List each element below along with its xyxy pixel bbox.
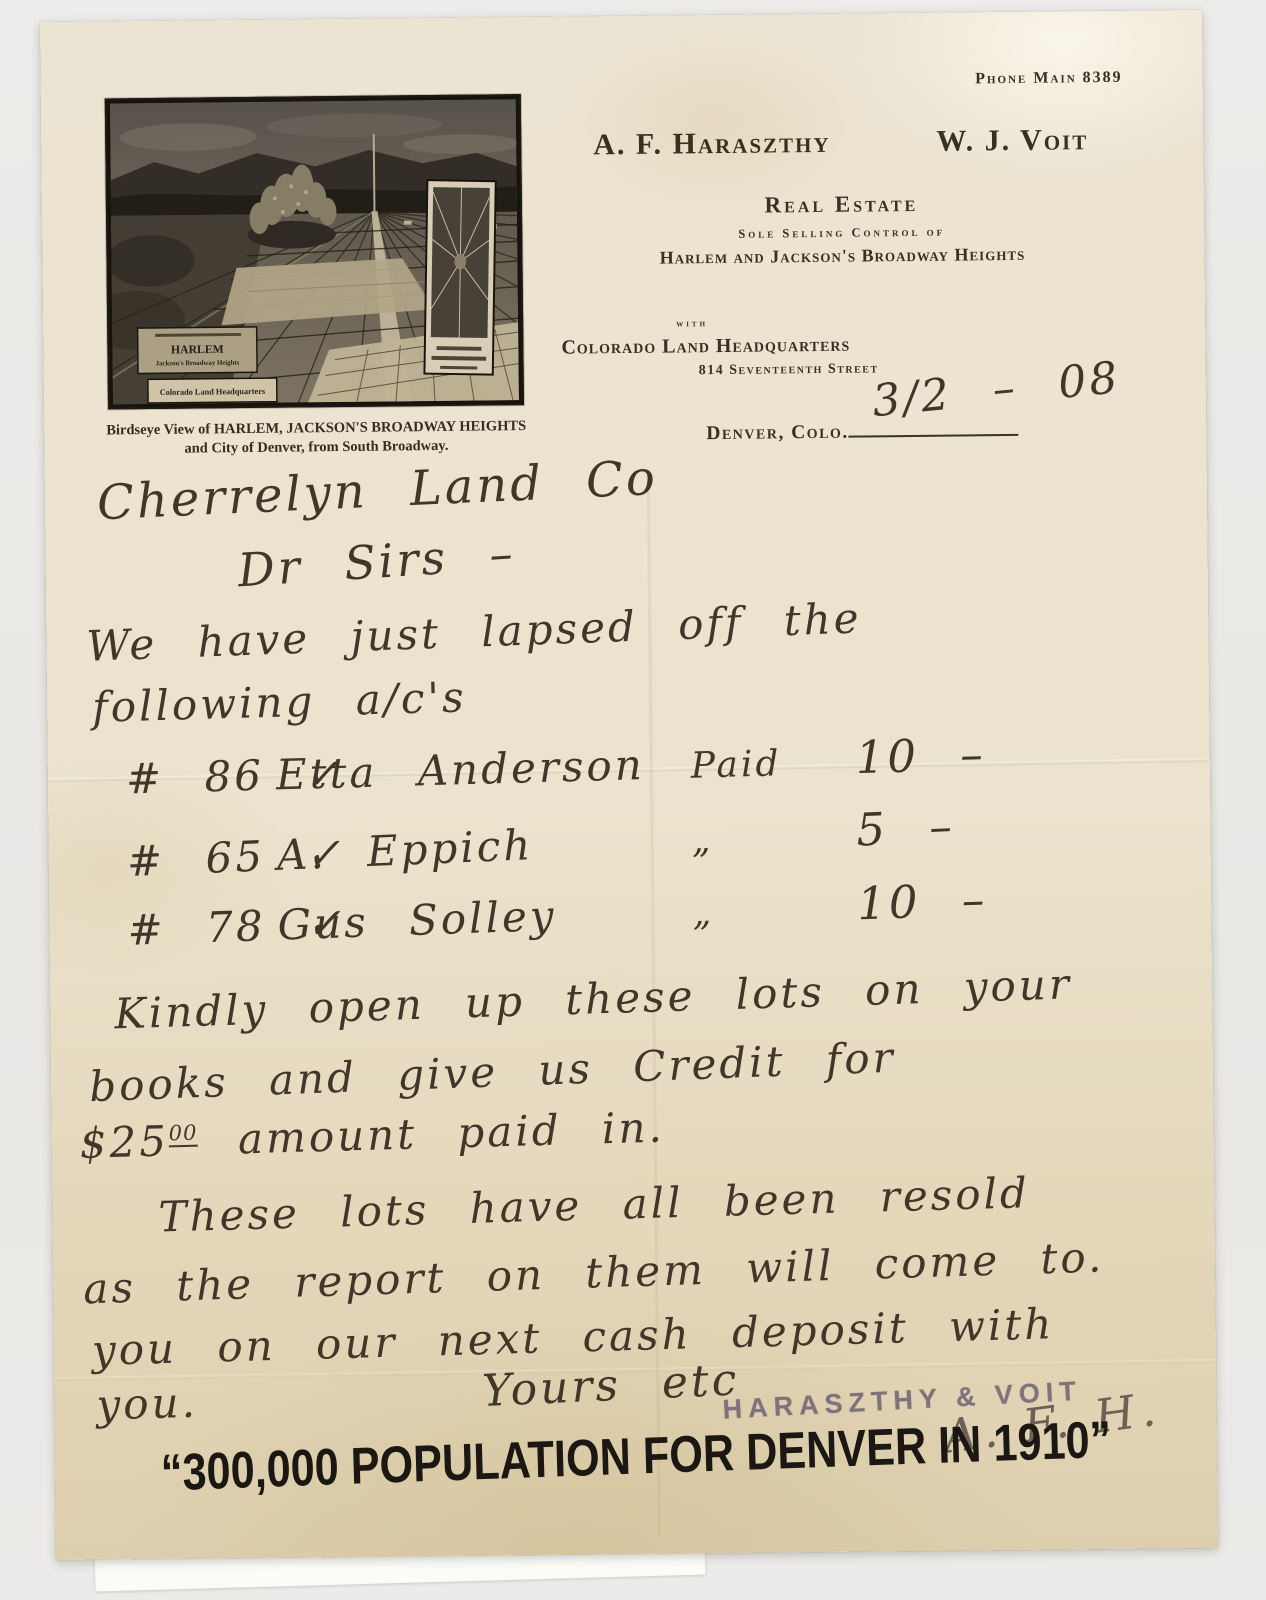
handwritten-date: 3/2 – 08 xyxy=(870,356,1122,424)
inset-map-panel xyxy=(424,180,495,374)
body-line: Kindly open up these lots on your xyxy=(114,963,1073,1035)
body-line: $2500 amount paid in. xyxy=(79,1107,665,1165)
account-row: # 78 ✓ Gus Solley „ 10 – xyxy=(127,874,1078,952)
body-line: you. xyxy=(96,1382,199,1427)
headquarters-line: Colorado Land Headquarters xyxy=(561,334,850,360)
date-rule xyxy=(849,434,1019,438)
letter-paper: HARLEM Jackson's Broadway Heights Colora… xyxy=(40,10,1218,1560)
body-line: following a/c's xyxy=(92,676,467,728)
account-number: # 78 ✓ xyxy=(127,905,278,952)
account-name: A. Eppich xyxy=(276,818,692,877)
footer-slogan: “300,000 POPULATION FOR DENVER IN 1910” xyxy=(101,1406,1171,1504)
body-line: books and give us Credit for xyxy=(89,1037,897,1109)
credit-amount-cents: 00 xyxy=(168,1121,197,1148)
account-amount: 5 – xyxy=(855,804,955,853)
street-line: 814 Seventeenth Street xyxy=(699,361,879,379)
phone-line: Phone Main 8389 xyxy=(731,69,1123,91)
photo-caption: Birdseye View of HARLEM, JACKSON'S BROAD… xyxy=(98,417,534,460)
billboard-sign-upper: HARLEM Jackson's Broadway Heights xyxy=(138,327,258,374)
birdseye-photo-illustration: HARLEM Jackson's Broadway Heights Colora… xyxy=(110,99,519,404)
birdseye-photo: HARLEM Jackson's Broadway Heights Colora… xyxy=(105,94,524,409)
selling-control-line: Sole Selling Control of xyxy=(594,223,1089,243)
business-line: Real Estate xyxy=(594,189,1089,220)
account-row: # 86 ✓ Etta Anderson Paid 10 – xyxy=(125,729,1076,801)
account-paid: Paid xyxy=(690,744,856,785)
salutation-line: Dr Sirs – xyxy=(236,530,516,593)
account-name: Etta Anderson xyxy=(275,743,691,797)
city-date-line: Denver, Colo. xyxy=(706,420,1019,445)
scanned-letter-page: { "letterhead": { "phone": "Phone Main 8… xyxy=(0,0,1266,1600)
partner-name-left: A. F. Haraszthy xyxy=(593,126,831,162)
partner-name-right: W. J. Voit xyxy=(936,123,1088,159)
partner-names-row: A. F. Haraszthy W. J. Voit xyxy=(593,123,1088,162)
account-name: Gus Solley xyxy=(277,890,693,946)
credit-amount-rest: amount paid in. xyxy=(237,1103,665,1164)
account-amount: 10 – xyxy=(855,732,986,781)
with-word: with xyxy=(676,318,708,329)
city-label: Denver, Colo. xyxy=(706,422,849,444)
credit-amount-dollars: $25 xyxy=(79,1116,170,1167)
account-number: # 86 ✓ xyxy=(125,754,276,800)
billboard-lower-text: Colorado Land Headquarters xyxy=(160,387,266,397)
body-line: We have just lapsed off the xyxy=(86,597,862,667)
account-paid: „ xyxy=(692,890,858,932)
account-number: # 65 ✓ xyxy=(126,835,278,883)
account-paid: „ xyxy=(691,817,857,860)
closing-line: Yours etc xyxy=(481,1358,740,1414)
account-amount: 10 – xyxy=(856,877,988,927)
recipient-line: Cherrelyn Land Co xyxy=(96,454,659,527)
billboard-sign-lower: Colorado Land Headquarters xyxy=(148,378,277,403)
billboard-subtitle-text: Jackson's Broadway Heights xyxy=(156,360,240,368)
body-line: as the report on them will come to. xyxy=(83,1236,1105,1310)
billboard-title-text: HARLEM xyxy=(171,343,224,357)
account-row: # 65 ✓ A. Eppich „ 5 – xyxy=(126,798,1077,883)
body-line: These lots have all been resold xyxy=(158,1172,1030,1238)
property-line: Harlem and Jackson's Broadway Heights xyxy=(572,243,1112,270)
